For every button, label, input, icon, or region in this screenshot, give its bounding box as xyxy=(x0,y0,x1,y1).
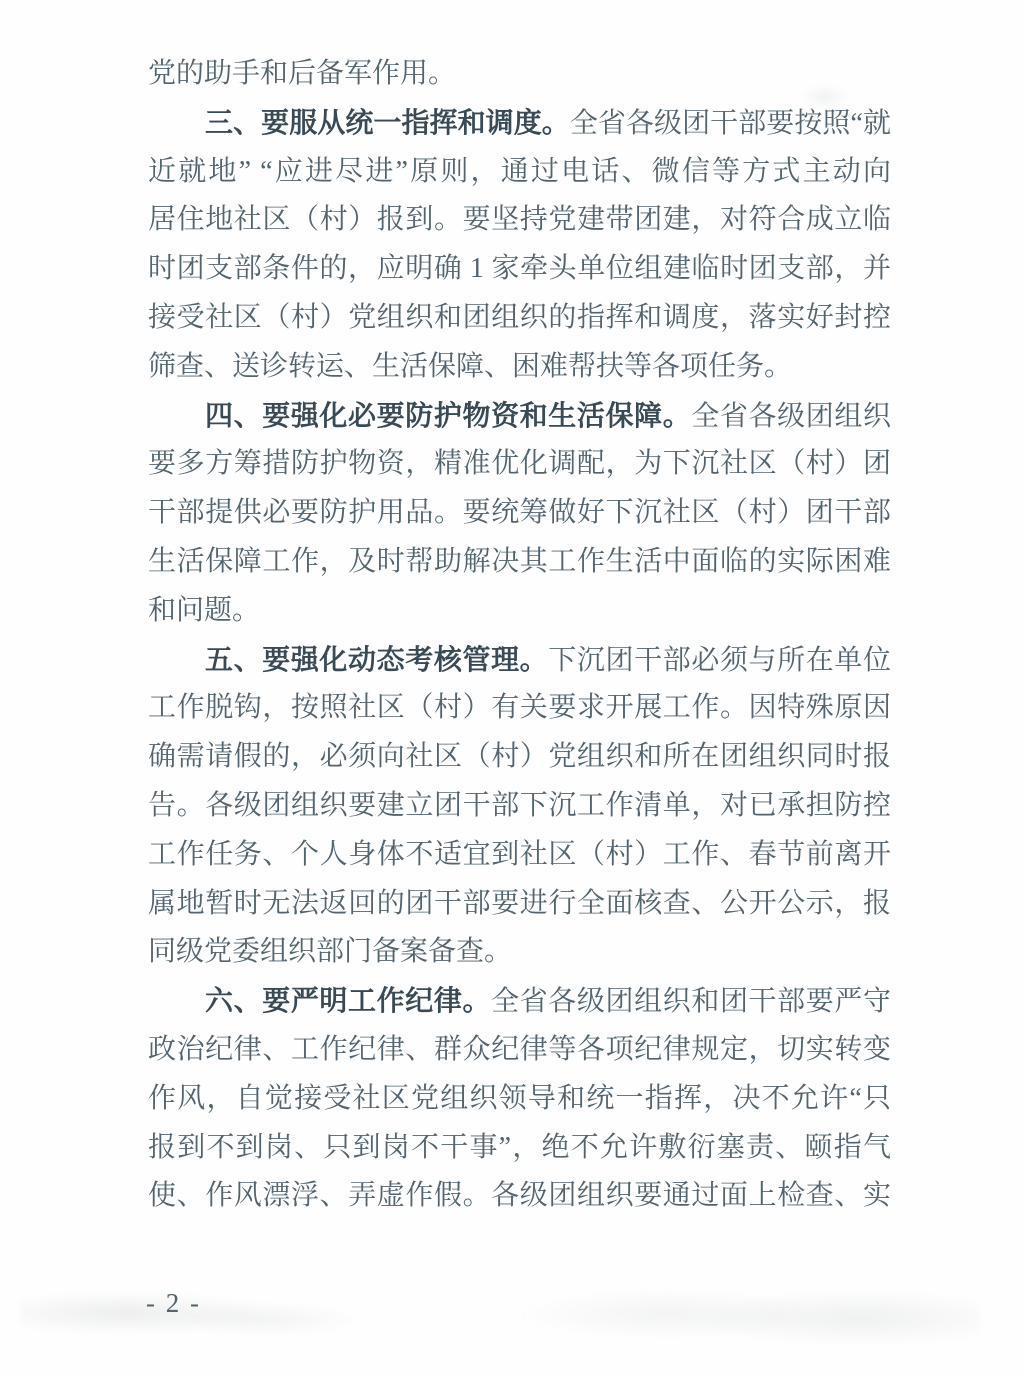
body-text-segment: 全省各级团组织和团干部要严守 xyxy=(491,986,891,1017)
body-text-segment: 近就地” “应进尽进”原则，通过电话、微信等方式主动向 xyxy=(148,156,891,187)
document-line: 作风，自觉接受社区党组织领导和统一指挥，决不允许“只 xyxy=(148,1075,891,1124)
body-text-segment: 政治纪律、工作纪律、群众纪律等各项纪律规定，切实转变 xyxy=(148,1034,891,1065)
document-line: 五、要强化动态考核管理。下沉团干部必须与所在单位 xyxy=(148,636,891,685)
body-text-segment: 党的助手和后备军作用。 xyxy=(148,58,456,89)
section-heading-segment: 三、要服从统一指挥和调度。 xyxy=(205,107,570,138)
body-text-segment: 全省各级团干部要按照“就 xyxy=(570,108,891,139)
document-line: 工作任务、个人身体不适宜到社区（村）工作、春节前离开 xyxy=(148,831,891,880)
body-text-segment: 要多方筹措防护物资，精准优化调配，为下沉社区（村）团 xyxy=(148,448,891,479)
document-line: 六、要严明工作纪律。全省各级团组织和团干部要严守 xyxy=(148,977,891,1026)
document-line: 告。各级团组织要建立团干部下沉工作清单，对已承担防控 xyxy=(148,782,891,831)
body-text-segment: 告。各级团组织要建立团干部下沉工作清单，对已承担防控 xyxy=(148,790,891,821)
document-line: 四、要强化必要防护物资和生活保障。全省各级团组织 xyxy=(148,392,891,441)
section-heading-segment: 四、要强化必要防护物资和生活保障。 xyxy=(205,400,691,431)
document-line: 工作脱钩，按照社区（村）有关要求开展工作。因特殊原因 xyxy=(148,684,891,733)
document-line: 近就地” “应进尽进”原则，通过电话、微信等方式主动向 xyxy=(148,148,891,197)
body-text-segment: 全省各级团组织 xyxy=(691,401,891,432)
page-number: - 2 - xyxy=(146,1286,201,1320)
document-line: 政治纪律、工作纪律、群众纪律等各项纪律规定，切实转变 xyxy=(148,1026,891,1075)
body-text-segment: 确需请假的，必须向社区（村）党组织和所在团组织同时报 xyxy=(148,741,891,772)
document-line: 干部提供必要防护用品。要统筹做好下沉社区（村）团干部 xyxy=(148,489,891,538)
document-line: 三、要服从统一指挥和调度。全省各级团干部要按照“就 xyxy=(148,99,891,148)
document-line: 同级党委组织部门备案备查。 xyxy=(148,928,891,977)
document-line: 筛查、送诊转运、生活保障、困难帮扶等各项任务。 xyxy=(148,343,891,392)
body-text-segment: 居住地社区（村）报到。要坚持党建带团建，对符合成立临 xyxy=(148,204,891,235)
document-line: 党的助手和后备军作用。 xyxy=(148,50,891,99)
document-line: 和问题。 xyxy=(148,587,891,636)
body-text-segment: 筛查、送诊转运、生活保障、困难帮扶等各项任务。 xyxy=(148,351,792,382)
body-text-segment: 工作脱钩，按照社区（村）有关要求开展工作。因特殊原因 xyxy=(148,692,891,723)
body-text-segment: 接受社区（村）党组织和团组织的指挥和调度，落实好封控 xyxy=(148,302,891,333)
body-text-segment: 生活保障工作，及时帮助解决其工作生活中面临的实际困难 xyxy=(148,546,891,577)
document-body: 党的助手和后备军作用。三、要服从统一指挥和调度。全省各级团干部要按照“就近就地”… xyxy=(148,50,891,1221)
section-heading-segment: 五、要强化动态考核管理。 xyxy=(205,644,548,675)
document-line: 要多方筹措防护物资，精准优化调配，为下沉社区（村）团 xyxy=(148,440,891,489)
body-text-segment: 报到不到岗、只到岗不干事”，绝不允许敷衍塞责、颐指气 xyxy=(148,1132,891,1163)
body-text-segment: 属地暂时无法返回的团干部要进行全面核查、公开公示，报 xyxy=(148,888,891,919)
body-text-segment: 干部提供必要防护用品。要统筹做好下沉社区（村）团干部 xyxy=(148,497,891,528)
body-text-segment: 和问题。 xyxy=(148,595,260,626)
document-line: 确需请假的，必须向社区（村）党组织和所在团组织同时报 xyxy=(148,733,891,782)
document-line: 居住地社区（村）报到。要坚持党建带团建，对符合成立临 xyxy=(148,196,891,245)
document-line: 时团支部条件的，应明确 1 家牵头单位组建临时团支部，并 xyxy=(148,245,891,294)
body-text-segment: 下沉团干部必须与所在单位 xyxy=(548,645,891,676)
document-line: 使、作风漂浮、弄虚作假。各级团组织要通过面上检查、实 xyxy=(148,1172,891,1221)
body-text-segment: 时团支部条件的，应明确 1 家牵头单位组建临时团支部，并 xyxy=(148,253,891,284)
document-line: 属地暂时无法返回的团干部要进行全面核查、公开公示，报 xyxy=(148,880,891,929)
body-text-segment: 工作任务、个人身体不适宜到社区（村）工作、春节前离开 xyxy=(148,839,891,870)
scan-noise-artifact xyxy=(500,1278,980,1358)
document-line: 生活保障工作，及时帮助解决其工作生活中面临的实际困难 xyxy=(148,538,891,587)
document-line: 报到不到岗、只到岗不干事”，绝不允许敷衍塞责、颐指气 xyxy=(148,1124,891,1173)
body-text-segment: 使、作风漂浮、弄虚作假。各级团组织要通过面上检查、实 xyxy=(148,1180,891,1211)
scanned-document-page: 党的助手和后备军作用。三、要服从统一指挥和调度。全省各级团干部要按照“就近就地”… xyxy=(0,0,1024,1374)
section-heading-segment: 六、要严明工作纪律。 xyxy=(205,985,491,1016)
document-line: 接受社区（村）党组织和团组织的指挥和调度，落实好封控 xyxy=(148,294,891,343)
body-text-segment: 同级党委组织部门备案备查。 xyxy=(148,936,512,967)
body-text-segment: 作风，自觉接受社区党组织领导和统一指挥，决不允许“只 xyxy=(148,1083,891,1114)
